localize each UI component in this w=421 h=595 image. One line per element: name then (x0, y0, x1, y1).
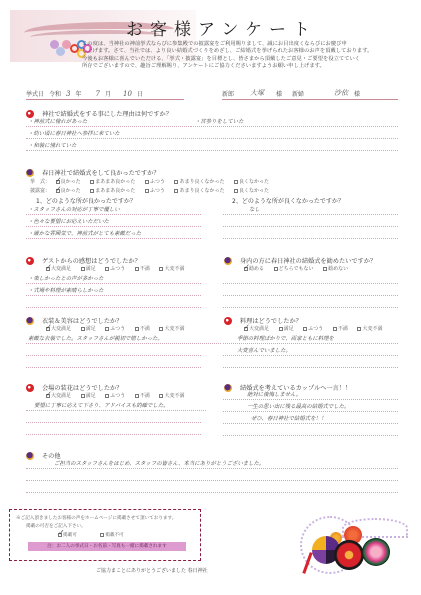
year-unit: 年 (76, 89, 82, 98)
checkbox-very-dissatisfied[interactable] (159, 394, 163, 398)
publication-consent-box: ※ご記入頂きましたお客様の声をホームページに掲載させて頂いております。 掲載の可… (9, 509, 201, 561)
option-label: 不満 (140, 393, 150, 399)
q7-answer-line: 要望に丁寧に応えて下さり、アドバイスも的確でした。 (26, 402, 206, 411)
q4-question: 身内の方に春日神社の結婚式を勧めたいですか？ (240, 258, 376, 265)
temari-ball-green (362, 538, 390, 566)
q7-answer-line (26, 414, 201, 423)
option-label: あまり良くなかった (179, 179, 224, 185)
groom-suffix: 様 (276, 89, 282, 98)
q2-bad-answer-line (223, 230, 398, 239)
option-label: 良かった (61, 188, 81, 194)
q8-answer-line: 一生の思い出に残る最高の結婚式でした。 (223, 403, 398, 412)
thanks-footer: ご協力まことにありがとうございました 春日神社 (96, 567, 208, 574)
q7-question: 会場の装花はどうでしたか？ (42, 385, 122, 392)
checkbox-good[interactable] (56, 189, 60, 193)
q5-question: 衣装＆美容はどうでしたか？ (42, 318, 122, 325)
checkbox-very-dissatisfied[interactable] (357, 327, 361, 331)
option-label: 大変満足 (51, 266, 71, 272)
option-label: ふつう (150, 179, 165, 185)
q3-answer-line (26, 299, 201, 308)
q1-answer-line: ・神前式に憧れがあった (26, 118, 191, 127)
checkbox-satisfied[interactable] (279, 327, 283, 331)
q2-sub1-heading: 1、どのような所が良かったですか？ (36, 196, 136, 205)
questionnaire-page: お客様アンケート この度は、当神社の神前挙式ならびに参集殿での披露宴をご利用賜り… (0, 0, 421, 595)
q3-options: 大変満足 満足 ふつう 不満 大変不満 (46, 265, 192, 272)
row-label: 披露宴： (30, 188, 50, 194)
temari-illustration (282, 512, 412, 587)
checkbox-fairly-good[interactable] (90, 189, 94, 193)
checkbox-satisfied[interactable] (81, 327, 85, 331)
option-label: 勧める (249, 266, 264, 272)
date-label: 挙式日 (26, 89, 44, 98)
checkbox-publish-ok[interactable] (58, 533, 62, 537)
checkbox-recommend[interactable] (244, 267, 248, 271)
bride-name: 沙依 (334, 88, 348, 98)
option-label: 勧めない (328, 266, 348, 272)
bride-suffix: 様 (354, 89, 360, 98)
q2-bad-answer-line: なし (223, 206, 398, 215)
q6-answer-line: 季節の料理ばかりで、両家ともに料理を (223, 335, 398, 344)
q1-answer-line: ・和装に憧れていた (26, 142, 398, 151)
option-label: 不満 (140, 266, 150, 272)
checkbox-very-dissatisfied[interactable] (159, 327, 163, 331)
checkbox-very-satisfied[interactable] (46, 394, 50, 398)
notice-text: 掲載の可否をご記入下さい。 (26, 523, 86, 529)
q7-heading: 会場の装花はどうでしたか？ (26, 383, 122, 392)
q5-options: 大変満足 満足 ふつう 不満 大変不満 (46, 325, 192, 332)
q8-answer-line: ぜひ、春日神社で結婚式を！！ (223, 415, 398, 424)
intro-line: し上げます。さて、当社では、より良い結婚式づくりをめざし、ご結婚式を挙げられたお… (82, 48, 412, 55)
checkbox-fairly-good[interactable] (90, 180, 94, 184)
checkbox-not-good[interactable] (234, 180, 238, 184)
option-label: どちらでもない (279, 266, 314, 272)
intro-text: この度は、当神社の神前挙式ならびに参集殿での披露宴をご利用賜りまして、誠にお目出… (82, 41, 412, 71)
temari-red-icon (224, 317, 232, 325)
option-label: 大変不満 (164, 326, 184, 332)
checkbox-not-very-good[interactable] (174, 180, 178, 184)
option-label: 満足 (284, 326, 294, 332)
checkbox-satisfied[interactable] (81, 394, 85, 398)
option-label: 大変不満 (164, 393, 184, 399)
q1-answer-line: ・宮参りをしていた (191, 118, 398, 127)
consent-options: 掲載可 掲載不可 (58, 532, 146, 538)
q2-reception-row: 披露宴： 良かった まあまあ良かった ふつう あまり良くなかった 良くなかった (30, 187, 277, 194)
option-label: 大変満足 (51, 326, 71, 332)
q2-bad-answer-line (223, 218, 398, 227)
temari-purple-icon (26, 169, 34, 177)
bride-label: 新婦 (292, 89, 304, 98)
q9-answer-line (26, 472, 398, 481)
intro-line: 所存でございますので、趣旨ご理解賜り、アンケートにご協力くださいますようお願い申… (82, 63, 412, 70)
option-label: 満足 (86, 326, 96, 332)
q9-heading: その他 (26, 451, 61, 460)
q6-answer-line (223, 359, 398, 368)
option-label: まあまあ良かった (95, 188, 135, 194)
page-title: お客様アンケート (126, 15, 317, 40)
couple-names-field: 新郎 大塚 様 新婦 沙依 様 (222, 89, 398, 100)
checkbox-dissatisfied[interactable] (135, 394, 139, 398)
month-value: 7 (96, 90, 100, 98)
option-label: 大変満足 (51, 393, 71, 399)
era-label: 令和 (49, 89, 61, 98)
option-label: ふつう (110, 326, 125, 332)
q1-answer-line: ・幼い頃に春日神社へ参拝に来ていた (26, 130, 398, 139)
notice-text: ※ご記入頂きましたお客様の声をホームページに掲載させて頂いております。 (16, 515, 176, 521)
groom-label: 新郎 (222, 89, 234, 98)
q2-good-answer-line: ・厳かな雰囲気で、神前式がとても素敵だった (26, 230, 201, 239)
q3-answer-line: ・楽しかったとの声が多かった (26, 275, 201, 284)
temari-red-icon (26, 110, 34, 118)
checkbox-good[interactable] (56, 180, 60, 184)
option-label: 満足 (86, 393, 96, 399)
temari-purple-icon (224, 257, 232, 265)
checkbox-average[interactable] (145, 189, 149, 193)
day-unit: 日 (137, 89, 143, 98)
temari-red-icon (26, 384, 34, 392)
checkbox-dissatisfied[interactable] (135, 327, 139, 331)
option-label: 大変不満 (164, 266, 184, 272)
q3-heading: ゲストからの感想はどうでしたか？ (26, 256, 141, 265)
ceremony-date-field: 挙式日 令和 3 年 7 月 10 日 (26, 89, 184, 100)
checkbox-satisfied[interactable] (81, 267, 85, 271)
q2-ceremony-row: 挙 式： 良かった まあまあ良かった ふつう あまり良くなかった 良くなかった (30, 178, 277, 185)
year-value: 3 (66, 90, 70, 98)
month-unit: 月 (105, 89, 111, 98)
q2-heading: 春日神社で結婚式をして良かったですか？ (26, 168, 160, 177)
temari-purple-icon (26, 317, 34, 325)
option-label: 大変不満 (362, 326, 382, 332)
option-label: 良かった (61, 179, 81, 185)
q9-answer-line: ご担当のスタッフさんをはじめ、スタッフの皆さん、本当にありがとうございました。 (26, 460, 398, 469)
option-label: 良くなかった (239, 188, 269, 194)
option-label: ふつう (110, 266, 125, 272)
row-label: 挙 式： (30, 179, 50, 185)
checkbox-publish-ng[interactable] (100, 533, 104, 537)
publication-warning-banner: 注：お二人の挙式日・お名前・写真も一緒に掲載されます (28, 542, 186, 551)
option-label: 満足 (86, 266, 96, 272)
option-label: ふつう (308, 326, 323, 332)
checkbox-not-very-good[interactable] (174, 189, 178, 193)
checkbox-not-good[interactable] (234, 189, 238, 193)
option-label: 掲載不可 (105, 533, 123, 538)
checkbox-very-satisfied[interactable] (244, 327, 248, 331)
checkbox-average[interactable] (105, 267, 109, 271)
q4-answer-line (223, 287, 398, 296)
option-label: 良くなかった (239, 179, 269, 185)
q8-answer-line: 絶対に後悔しません。 (223, 391, 398, 400)
q6-options: 大変満足 満足 ふつう 不満 大変不満 (244, 325, 390, 332)
temari-purple-icon (26, 452, 34, 460)
q4-answer-line (223, 275, 398, 284)
option-label: ふつう (150, 188, 165, 194)
option-label: 掲載可 (63, 533, 77, 538)
checkbox-not-recommend[interactable] (323, 267, 327, 271)
groom-name: 大塚 (250, 88, 264, 98)
q1-question: 神社で結婚式をする事にした理由は何ですか？ (42, 111, 172, 118)
q3-answer-line: ・式場や料理が素晴らしかった (26, 287, 201, 296)
q5-heading: 衣装＆美容はどうでしたか？ (26, 316, 122, 325)
option-label: ふつう (110, 393, 125, 399)
temari-red-icon (26, 257, 34, 265)
checkbox-average[interactable] (105, 327, 109, 331)
option-label: 大変満足 (249, 326, 269, 332)
q6-answer-line: 大変喜んでいました。 (223, 347, 398, 356)
checkbox-neutral[interactable] (274, 267, 278, 271)
checkbox-very-dissatisfied[interactable] (159, 267, 163, 271)
option-label: まあまあ良かった (95, 179, 135, 185)
q3-question: ゲストからの感想はどうでしたか？ (42, 258, 141, 265)
option-label: 不満 (338, 326, 348, 332)
checkbox-very-satisfied[interactable] (46, 327, 50, 331)
checkbox-average[interactable] (303, 327, 307, 331)
q5-answer-line (26, 347, 201, 356)
q7-options: 大変満足 満足 ふつう 不満 大変不満 (46, 392, 192, 399)
q5-answer-line (26, 359, 201, 368)
temari-ball-red (334, 540, 364, 570)
q5-answer-line: 素敵な衣装でした。スタッフさんが親切で嬉しかった。 (26, 335, 221, 344)
q9-question: その他 (42, 453, 61, 460)
option-label: 不満 (140, 326, 150, 332)
q8-answer-line (223, 427, 398, 436)
day-value: 10 (123, 90, 132, 98)
checkbox-dissatisfied[interactable] (135, 267, 139, 271)
checkbox-average[interactable] (105, 394, 109, 398)
checkbox-very-satisfied[interactable] (46, 267, 50, 271)
q1-heading: 神社で結婚式をする事にした理由は何ですか？ (26, 109, 172, 118)
q9-answer-line (26, 484, 398, 493)
checkbox-dissatisfied[interactable] (333, 327, 337, 331)
option-label: あまり良くなかった (179, 188, 224, 194)
q7-answer-line (26, 426, 201, 435)
q2-good-answer-line: ・色々な要望にお応えいただいた (26, 218, 201, 227)
q2-sub2-heading: 2、どのような所が良くなかったですか？ (232, 196, 344, 205)
q6-heading: 料理はどうでしたか？ (224, 316, 302, 325)
q4-options: 勧める どちらでもない 勧めない (244, 265, 356, 272)
q2-good-answer-line: ・スタッフさんの対応が丁寧で優しい (26, 206, 201, 215)
q4-answer-line (223, 299, 398, 308)
checkbox-average[interactable] (145, 180, 149, 184)
